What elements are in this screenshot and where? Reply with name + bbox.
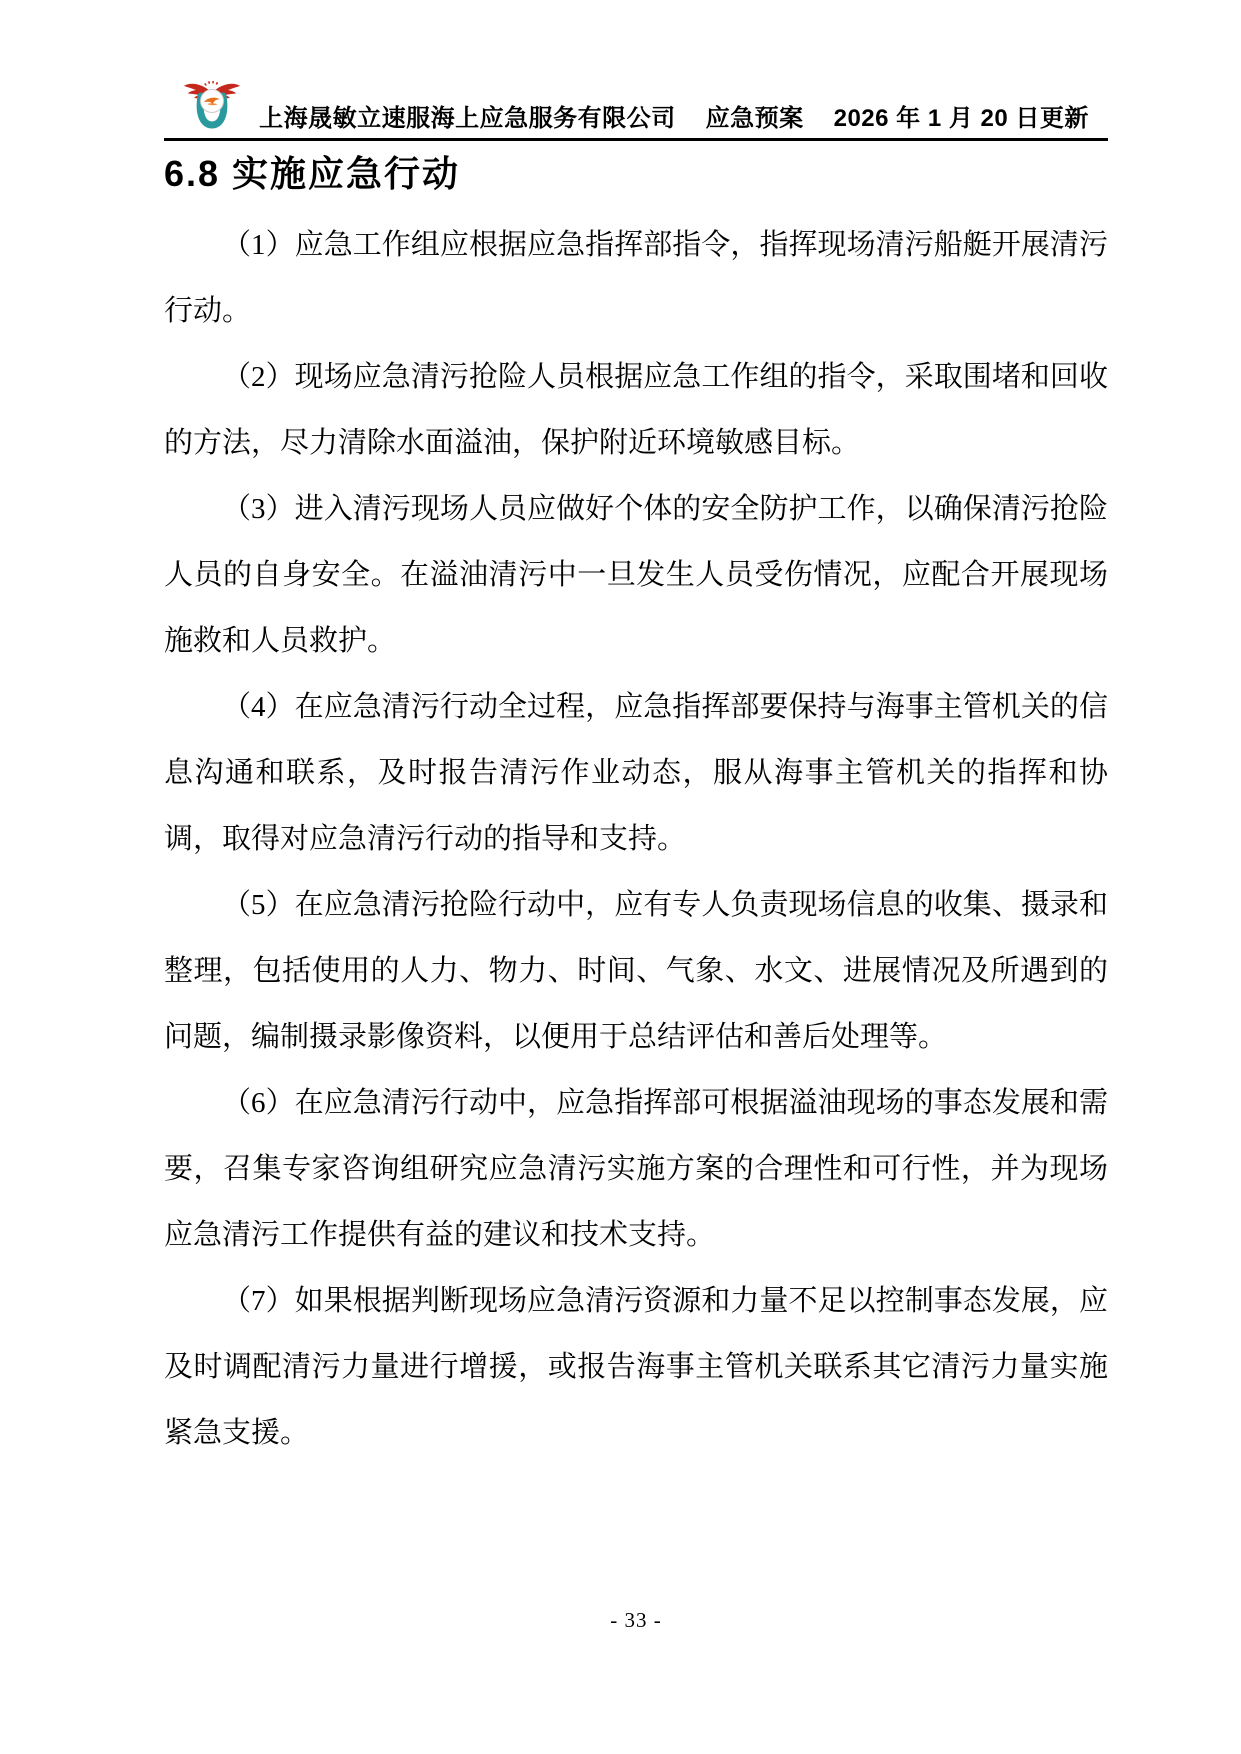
- paragraph-2: （2）现场应急清污抢险人员根据应急工作组的指令，采取围堵和回收的方法，尽力清除水…: [164, 344, 1108, 476]
- header-updated-date: 2026 年 1 月 20 日更新: [834, 104, 1089, 134]
- paragraph-4: （4）在应急清污行动全过程，应急指挥部要保持与海事主管机关的信息沟通和联系，及时…: [164, 674, 1108, 872]
- page-number: - 33 -: [164, 1608, 1108, 1633]
- company-logo-icon: [183, 78, 241, 134]
- section-body: （1）应急工作组应根据应急指挥部指令，指挥现场清污船艇开展清污行动。 （2）现场…: [164, 212, 1108, 1466]
- paragraph-5: （5）在应急清污抢险行动中，应有专人负责现场信息的收集、摄录和整理，包括使用的人…: [164, 872, 1108, 1070]
- document-page: 上海晟敏立速服海上应急服务有限公司 应急预案 2026 年 1 月 20 日更新…: [0, 0, 1241, 1754]
- header-company-name: 上海晟敏立速服海上应急服务有限公司: [259, 104, 676, 134]
- paragraph-3: （3）进入清污现场人员应做好个体的安全防护工作，以确保清污抢险人员的自身安全。在…: [164, 476, 1108, 674]
- header-doc-type: 应急预案: [706, 104, 804, 134]
- paragraph-6: （6）在应急清污行动中，应急指挥部可根据溢油现场的事态发展和需要，召集专家咨询组…: [164, 1070, 1108, 1268]
- section-heading: 6.8 实施应急行动: [164, 146, 460, 197]
- paragraph-1: （1）应急工作组应根据应急指挥部指令，指挥现场清污船艇开展清污行动。: [164, 212, 1108, 344]
- paragraph-7: （7）如果根据判断现场应急清污资源和力量不足以控制事态发展，应及时调配清污力量进…: [164, 1268, 1108, 1466]
- page-header: 上海晟敏立速服海上应急服务有限公司 应急预案 2026 年 1 月 20 日更新: [164, 78, 1108, 141]
